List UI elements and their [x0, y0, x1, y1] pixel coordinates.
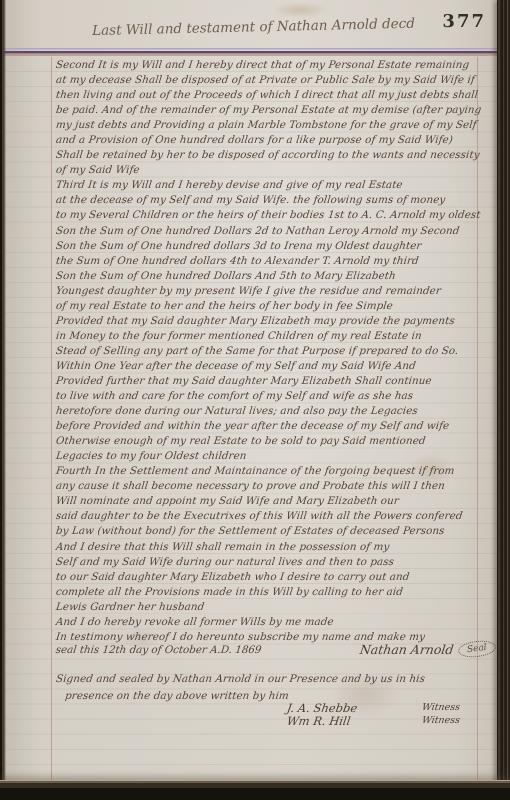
manuscript-line: Stead of Selling any part of the Same fo… [55, 344, 485, 359]
manuscript-line: heretofore done during our Natural lives… [55, 404, 485, 419]
manuscript-line: Lewis Gardner her husband [55, 600, 485, 615]
manuscript-line: And I do hereby revoke all former Wills … [55, 615, 485, 630]
manuscript-line: in Money to the four former mentioned Ch… [55, 329, 485, 344]
manuscript-line: to our Said daughter Mary Elizabeth who … [55, 570, 485, 585]
witness-signature: J. A. Shebbe [286, 701, 358, 715]
manuscript-line: Son the Sum of One hundred Dollars 2d to… [55, 224, 485, 239]
ledger-page: 377 Last Will and testament of Nathan Ar… [0, 0, 510, 800]
book-bottom-edge [0, 780, 510, 800]
manuscript-line: Provided further that my Said daughter M… [55, 374, 485, 389]
manuscript-line: then living and out of the Proceeds of w… [55, 88, 485, 103]
witness-block: J. A. Shebbe Witness Wm R. Hill Witness [287, 701, 483, 727]
manuscript-line: to my Several Children or the heirs of t… [55, 208, 485, 223]
execution-date: seal this 12th day of October A.D. 1869 [55, 644, 262, 656]
witness-role-label: Witness [421, 715, 461, 726]
left-margin-rule [51, 57, 52, 780]
manuscript-line: Within One Year after the decease of my … [55, 359, 485, 374]
manuscript-line: by Law (without bond) for the Settlement… [55, 524, 485, 539]
manuscript-line: before Provided and within the year afte… [55, 419, 485, 434]
manuscript-line: at my decease Shall be disposed of at Pr… [55, 73, 485, 88]
manuscript-line: said daughter to be the Executrixes of t… [55, 509, 485, 524]
manuscript-line: and a Provision of One hundred dollars f… [55, 133, 485, 148]
manuscript-line: any cause it shall become necessary to p… [55, 479, 485, 494]
will-caption: Last Will and testament of Nathan Arnold… [92, 15, 442, 39]
witness-row: Wm R. Hill Witness [287, 714, 483, 727]
witness-signature: Wm R. Hill [286, 714, 352, 728]
attestation-clause: Signed and sealed by Nathan Arnold in ou… [55, 671, 475, 705]
manuscript-line: of my Said Wife [55, 163, 485, 178]
header-divider-rule [0, 47, 510, 58]
page-stack-edge [497, 0, 510, 800]
manuscript-line: complete all the Provisions made in this… [55, 585, 485, 600]
witness-role-label: Witness [421, 702, 461, 713]
manuscript-line: Signed and sealed by Nathan Arnold in ou… [55, 671, 477, 688]
witness-row: J. A. Shebbe Witness [287, 701, 483, 714]
manuscript-line: to live with and care for the comfort of… [55, 389, 485, 404]
manuscript-line: Third It is my Will and I hereby devise … [55, 178, 485, 193]
manuscript-line: Shall be retained by her to be disposed … [55, 148, 485, 163]
testator-signature: Nathan Arnold [359, 642, 455, 657]
will-body: Second It is my Will and I hereby direct… [55, 58, 483, 645]
manuscript-line: And I desire that this Will shall remain… [55, 540, 485, 555]
folio-number: 377 [442, 11, 486, 32]
manuscript-line: Second It is my Will and I hereby direct… [55, 58, 485, 73]
manuscript-line: of my real Estate to her and the heirs o… [55, 299, 485, 314]
manuscript-line: Will nominate and appoint my Said Wife a… [55, 494, 485, 509]
page-stain [272, 2, 328, 18]
book-binding-edge [0, 0, 6, 800]
manuscript-line: Provided that my Said daughter Mary Eliz… [55, 314, 485, 329]
manuscript-line: Son the Sum of One hundred dollars 3d to… [55, 239, 485, 254]
manuscript-line: Otherwise enough of my real Estate to be… [55, 434, 485, 449]
manuscript-line: Son the Sum of One hundred Dollars And 5… [55, 269, 485, 284]
execution-row: seal this 12th day of October A.D. 1869 … [55, 644, 485, 664]
manuscript-line: Legacies to my four Oldest children [55, 449, 485, 464]
manuscript-line: Youngest daughter by my present Wife I g… [55, 284, 485, 299]
manuscript-line: at the decease of my Self and my Said Wi… [55, 193, 485, 208]
manuscript-line: be paid. And of the remainder of my Pers… [55, 103, 485, 118]
manuscript-line: my just debts and Providing a plain Marb… [55, 118, 485, 133]
manuscript-line: Fourth In the Settlement and Maintainanc… [55, 464, 485, 479]
manuscript-line: the Sum of One hundred dollars 4th to Al… [55, 254, 485, 269]
manuscript-line: Self and my Said Wife during our natural… [55, 555, 485, 570]
